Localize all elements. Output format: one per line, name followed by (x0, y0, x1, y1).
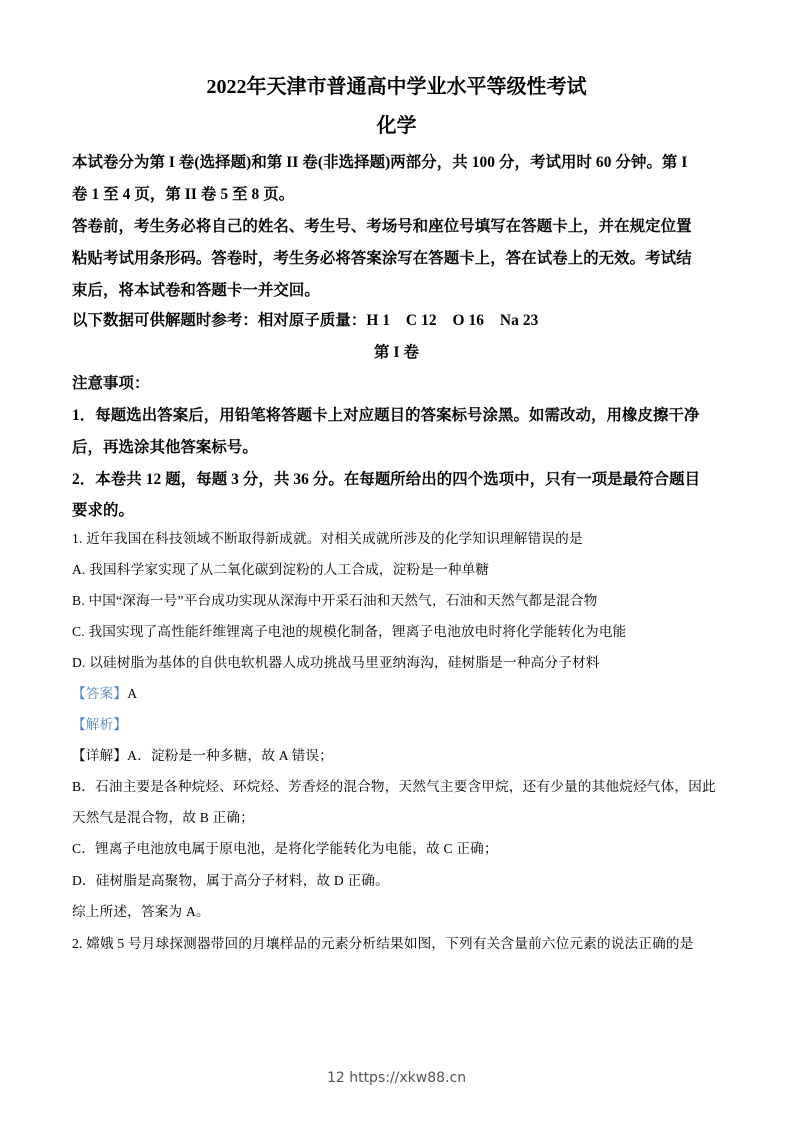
intro-line-2: 卷 1 至 4 页，第 II 卷 5 至 8 页。 (72, 182, 724, 204)
question-1-option-c: C. 我国实现了高性能纤维锂离子电池的规模化制备，锂离子电池放电时将化学能转化为… (72, 620, 724, 640)
document-page: 2022年天津市普通高中学业水平等级性考试 化学 本试卷分为第 I 卷(选择题)… (0, 0, 793, 1122)
detail-line-6: 综上所述，答案为 A。 (72, 900, 724, 920)
answer-label: 【答案】 (72, 686, 127, 701)
intro-line-5: 束后，将本试卷和答题卡一并交回。 (72, 278, 724, 300)
note-2-line-1: 2．本卷共 12 题，每题 3 分，共 36 分。在每题所给出的四个选项中，只有… (72, 467, 724, 489)
page-footer: 12 https://xkw88.cn (0, 1070, 793, 1086)
question-2-stem: 2. 嫦娥 5 号月球探测器带回的月壤样品的元素分析结果如图，下列有关含量前六位… (72, 932, 724, 952)
detail-line-2: B．石油主要是各种烷烃、环烷烃、芳香烃的混合物，天然气主要含甲烷，还有少量的其他… (72, 775, 724, 795)
note-2-line-2: 要求的。 (72, 498, 724, 520)
detail-line-3: 天然气是混合物，故 B 正确； (72, 806, 724, 826)
intro-line-3: 答卷前，考生务必将自己的姓名、考生号、考场号和座位号填写在答题卡上，并在规定位置 (72, 214, 724, 236)
detail-line-1: 【详解】A．淀粉是一种多糖，故 A 错误； (72, 744, 724, 764)
answer-row: 【答案】A (72, 682, 724, 702)
detail-line-5: D．硅树脂是高聚物，属于高分子材料，故 D 正确。 (72, 869, 724, 889)
question-1-stem: 1. 近年我国在科技领域不断取得新成就。对相关成就所涉及的化学知识理解错误的是 (72, 527, 724, 547)
notes-heading: 注意事项： (72, 371, 724, 393)
exam-subject: 化学 (0, 109, 793, 138)
intro-line-1: 本试卷分为第 I 卷(选择题)和第 II 卷(非选择题)两部分，共 100 分，… (72, 150, 724, 172)
section-title: 第 I 卷 (0, 340, 793, 362)
question-1-option-b: B. 中国“深海一号”平台成功实现从深海中开采石油和天然气，石油和天然气都是混合… (72, 589, 724, 609)
note-1-line-2: 后，再选涂其他答案标号。 (72, 435, 724, 457)
note-1-line-1: 1．每题选出答案后，用铅笔将答题卡上对应题目的答案标号涂黑。如需改动，用橡皮擦干… (72, 403, 724, 425)
question-1-option-d: D. 以硅树脂为基体的自供电软机器人成功挑战马里亚纳海沟，硅树脂是一种高分子材料 (72, 651, 724, 671)
detail-line-4: C．锂离子电池放电属于原电池，是将化学能转化为电能，故 C 正确； (72, 837, 724, 857)
atomic-mass-reference: 以下数据可供解题时参考：相对原子质量：H 1 C 12 O 16 Na 23 (72, 308, 724, 330)
question-1-option-a: A. 我国科学家实现了从二氧化碳到淀粉的人工合成，淀粉是一种单糖 (72, 558, 724, 578)
exam-title: 2022年天津市普通高中学业水平等级性考试 (0, 70, 793, 99)
answer-value: A (127, 686, 137, 701)
intro-line-4: 粘贴考试用条形码。答卷时，考生务必将答案涂写在答题卡上，答在试卷上的无效。考试结 (72, 246, 724, 268)
analysis-label: 【解析】 (72, 713, 724, 733)
